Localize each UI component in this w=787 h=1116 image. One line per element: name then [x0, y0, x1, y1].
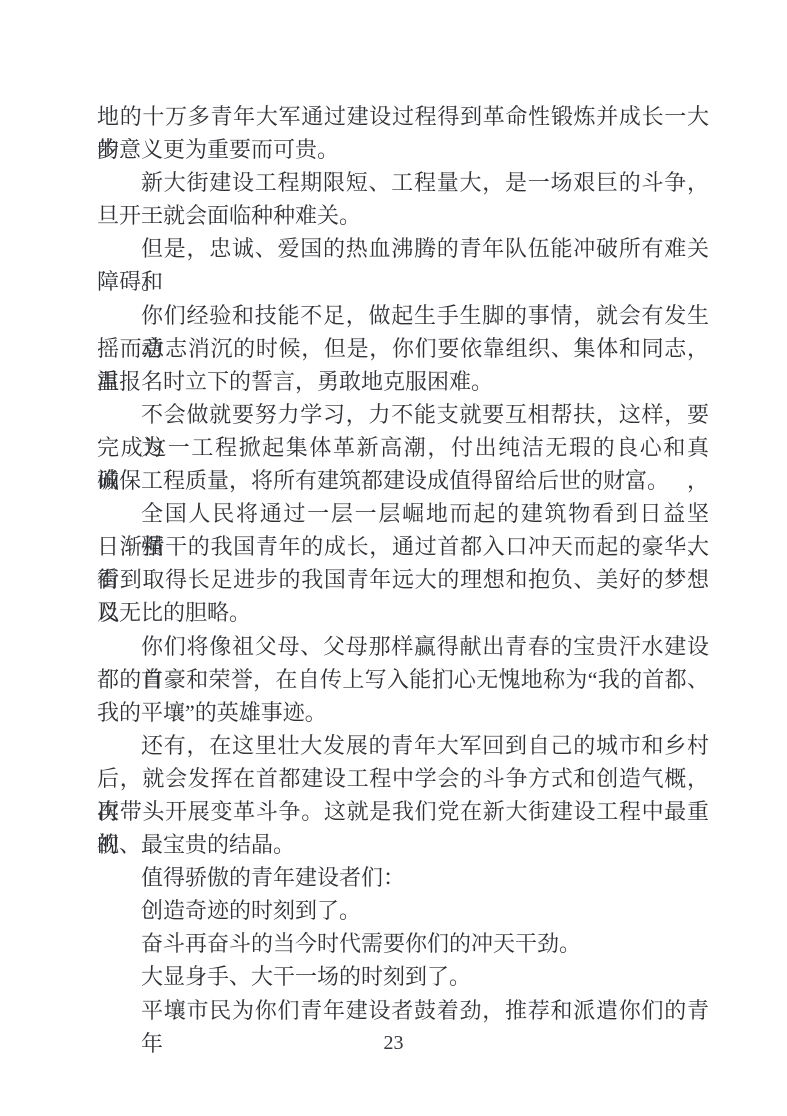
- text-line: 温报名时立下的誓言，勇敢地克服困难。: [97, 365, 709, 398]
- text-line: 后，就会发挥在首都建设工程中学会的斗争方式和创造气概，再: [97, 762, 709, 795]
- text-line: 全国人民将通过一层一层崛地而起的建筑物看到日益坚强、: [97, 497, 709, 530]
- text-line: 大显身手、大干一场的时刻到了。: [97, 960, 709, 993]
- text-line: 你们经验和技能不足，做起生手生脚的事情，就会有发生动: [97, 299, 709, 332]
- text-column: 地的十万多青年大军通过建设过程得到革命性锻炼并成长一大步的意义更为重要而可贵。新…: [97, 100, 709, 1027]
- text-line: 摇而意志消沉的时候，但是，你们要依靠组织、集体和同志，重: [97, 332, 709, 365]
- text-line: 确保工程质量，将所有建筑都建设成值得留给后世的财富。: [97, 464, 709, 497]
- text-line: 平壤市民为你们青年建设者鼓着劲，推荐和派遣你们的青年: [97, 994, 709, 1027]
- page-number: 23: [0, 1032, 787, 1054]
- text-line: 新大街建设工程期限短、工程量大，是一场艰巨的斗争，一: [97, 166, 709, 199]
- text-line: 值得骄傲的青年建设者们：: [97, 861, 709, 894]
- document-page: 地的十万多青年大军通过建设过程得到革命性锻炼并成长一大步的意义更为重要而可贵。新…: [0, 0, 787, 1116]
- text-line: 旦开工就会面临种种难关。: [97, 199, 709, 232]
- text-line: 我的平壤”的英雄事迹。: [97, 696, 709, 729]
- text-line: 次带头开展变革斗争。这就是我们党在新大街建设工程中最重视: [97, 795, 709, 828]
- text-line: 完成这一工程掀起集体革新高潮，付出纯洁无瑕的良心和真诚，: [97, 431, 709, 464]
- text-line: 的、最宝贵的结晶。: [97, 828, 709, 861]
- text-line: 创造奇迹的时刻到了。: [97, 894, 709, 927]
- text-line: 看到取得长足进步的我国青年远大的理想和抱负、美好的梦想以: [97, 563, 709, 596]
- text-line: 障碍。: [97, 265, 709, 298]
- text-line: 还有，在这里壮大发展的青年大军回到自己的城市和乡村: [97, 729, 709, 762]
- text-line: 你们将像祖父母、父母那样赢得献出青春的宝贵汗水建设首: [97, 630, 709, 663]
- text-line: 及无比的胆略。: [97, 596, 709, 629]
- text-line: 奋斗再奋斗的当今时代需要你们的冲天干劲。: [97, 927, 709, 960]
- text-line: 日渐精干的我国青年的成长，通过首都入口冲天而起的豪华大街: [97, 530, 709, 563]
- text-line: 但是，忠诚、爱国的热血沸腾的青年队伍能冲破所有难关和: [97, 232, 709, 265]
- text-line: 不会做就要努力学习，力不能支就要互相帮扶，这样，要为: [97, 398, 709, 431]
- text-line: 地的十万多青年大军通过建设过程得到革命性锻炼并成长一大步: [97, 100, 709, 133]
- text-line: 的意义更为重要而可贵。: [97, 133, 709, 166]
- text-line: 都的自豪和荣誉，在自传上写入能扪心无愧地称为“我的首都、: [97, 663, 709, 696]
